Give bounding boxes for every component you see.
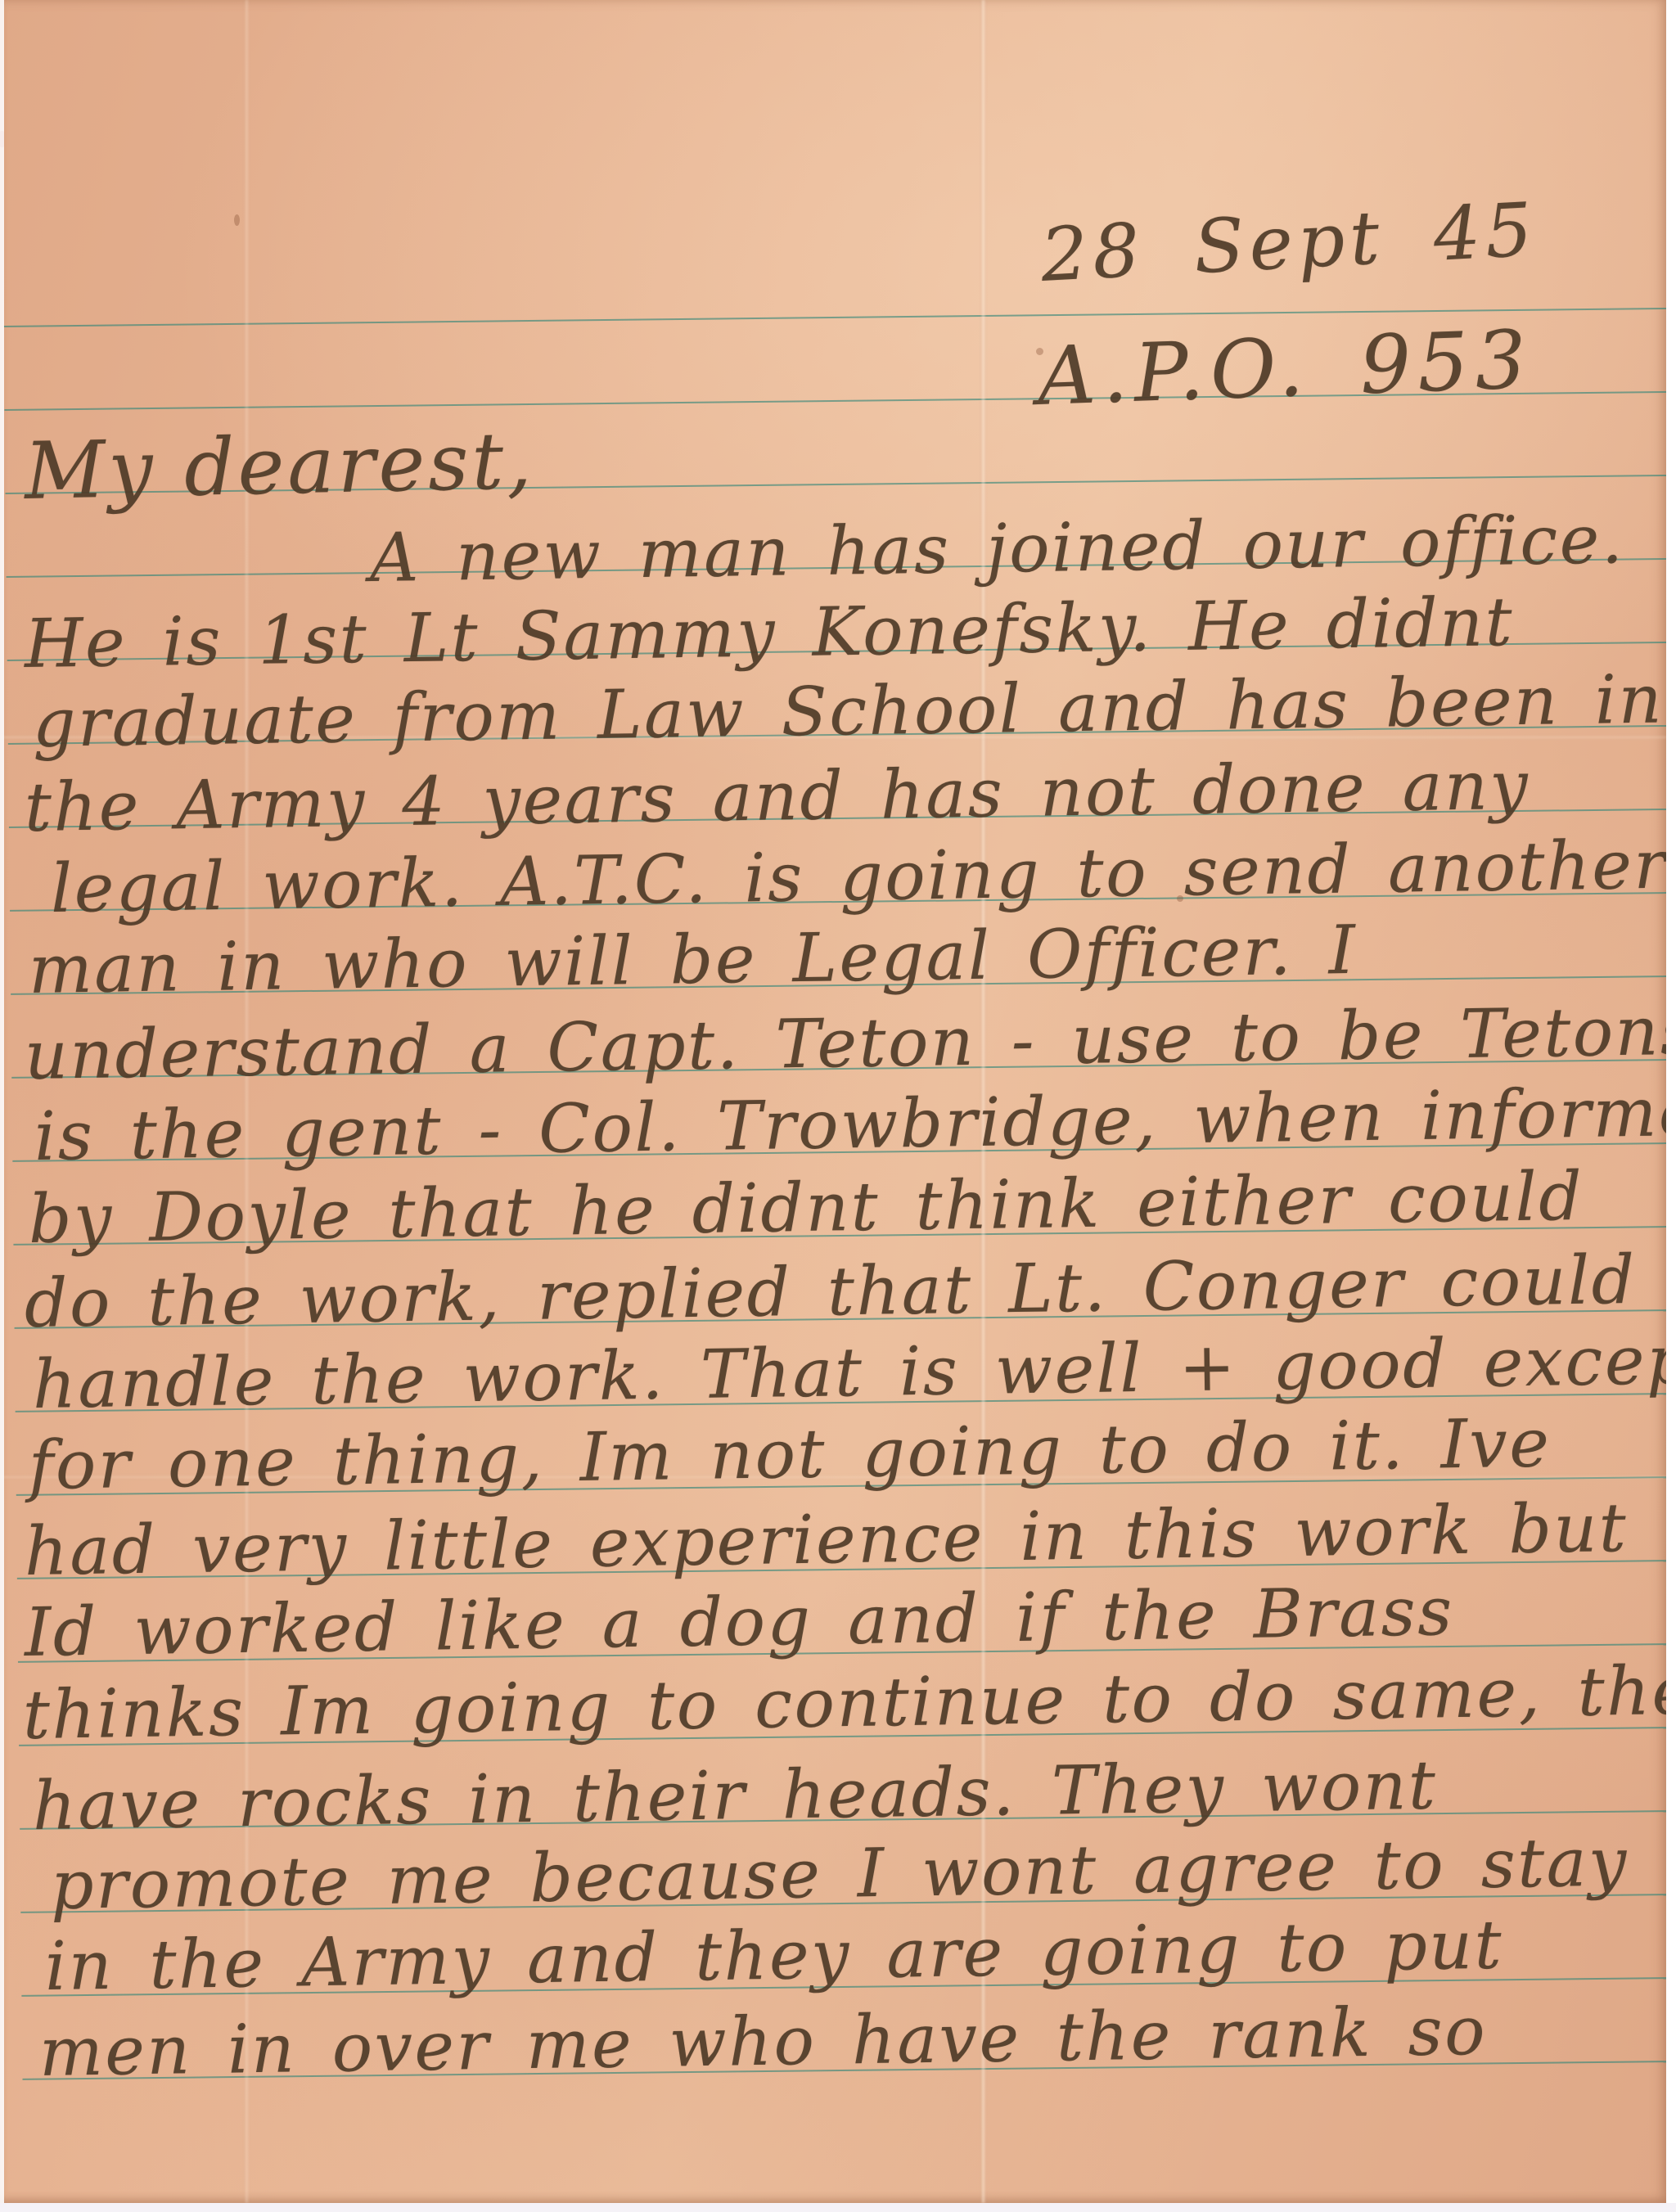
handwritten-line: Id worked like a dog and if the Brass: [24, 1579, 1454, 1667]
scan-background: 28 Sept 45 A.P.O. 953 My dearest, A new …: [0, 0, 1676, 2212]
handwritten-line: man in who will be Legal Officer. I: [28, 917, 1358, 1004]
scan-edge-bottom: [0, 2203, 1676, 2212]
scan-edge-left: [0, 0, 4, 2212]
handwritten-line: have rocks in their heads. They wont: [32, 1753, 1438, 1840]
letter-paper: 28 Sept 45 A.P.O. 953 My dearest, A new …: [0, 0, 1666, 2203]
paper-speck: [234, 214, 240, 226]
apo-line: A.P.O. 953: [1036, 320, 1534, 417]
scan-edge-right: [1666, 0, 1676, 2212]
salutation: My dearest,: [24, 421, 535, 511]
handwritten-line: A new man has joined our office.: [369, 507, 1624, 592]
